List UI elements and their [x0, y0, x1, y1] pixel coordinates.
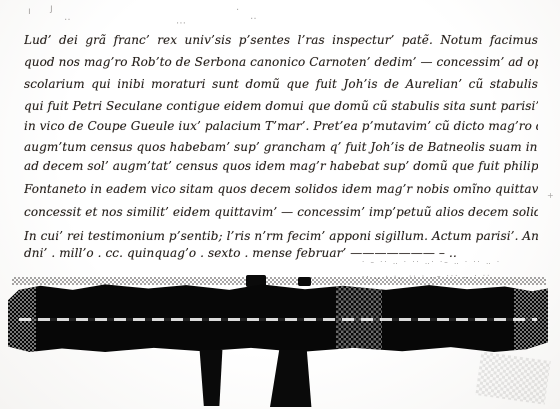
- seal-band-protrusion: [298, 277, 311, 286]
- scan-speckle-patch: [475, 351, 550, 404]
- text-line: concessit et nos similit’ eidem quittavi…: [24, 205, 538, 222]
- seal-band: [8, 283, 548, 352]
- seal-band-fold-highlight: [19, 318, 537, 321]
- chancery-note: · – ·· ‥ · ·· ‥· ·– ‥ · ·· ‥ ·: [362, 256, 557, 269]
- seal-tag: [270, 350, 316, 407]
- seal-band-fringe: [12, 277, 546, 285]
- text-line: qui fuit Petri Seculane contigue eidem d…: [24, 99, 538, 116]
- text-line: augm’tum census quos habebam’ sup’ granc…: [24, 140, 538, 157]
- text-line: in vico de Coupe Gueule iux’ palacium T’…: [24, 119, 538, 136]
- text-line: ad decem sol’ augm’tat’ census quos idem…: [24, 159, 538, 176]
- text-line: In cui’ rei testimonium p’sentib; l’ris …: [24, 229, 538, 246]
- manuscript-scan-page: ı ȷ ‥ ⋯ · ‥ + Lud’ dei grã franc’ rex un…: [0, 0, 560, 409]
- text-line: scolarium qui inibi moraturi sunt domũ q…: [24, 77, 538, 94]
- text-line: Fontaneto in eadem vico sitam quos decem…: [24, 182, 538, 199]
- text-line: Lud’ dei grã franc’ rex univ’sis p’sente…: [24, 33, 538, 50]
- manuscript-text: Lud’ dei grã franc’ rex univ’sis p’sente…: [0, 0, 560, 300]
- text-line: quod nos mag’ro Rob’to de Serbona canoni…: [24, 55, 538, 72]
- seal-tag: [196, 350, 226, 406]
